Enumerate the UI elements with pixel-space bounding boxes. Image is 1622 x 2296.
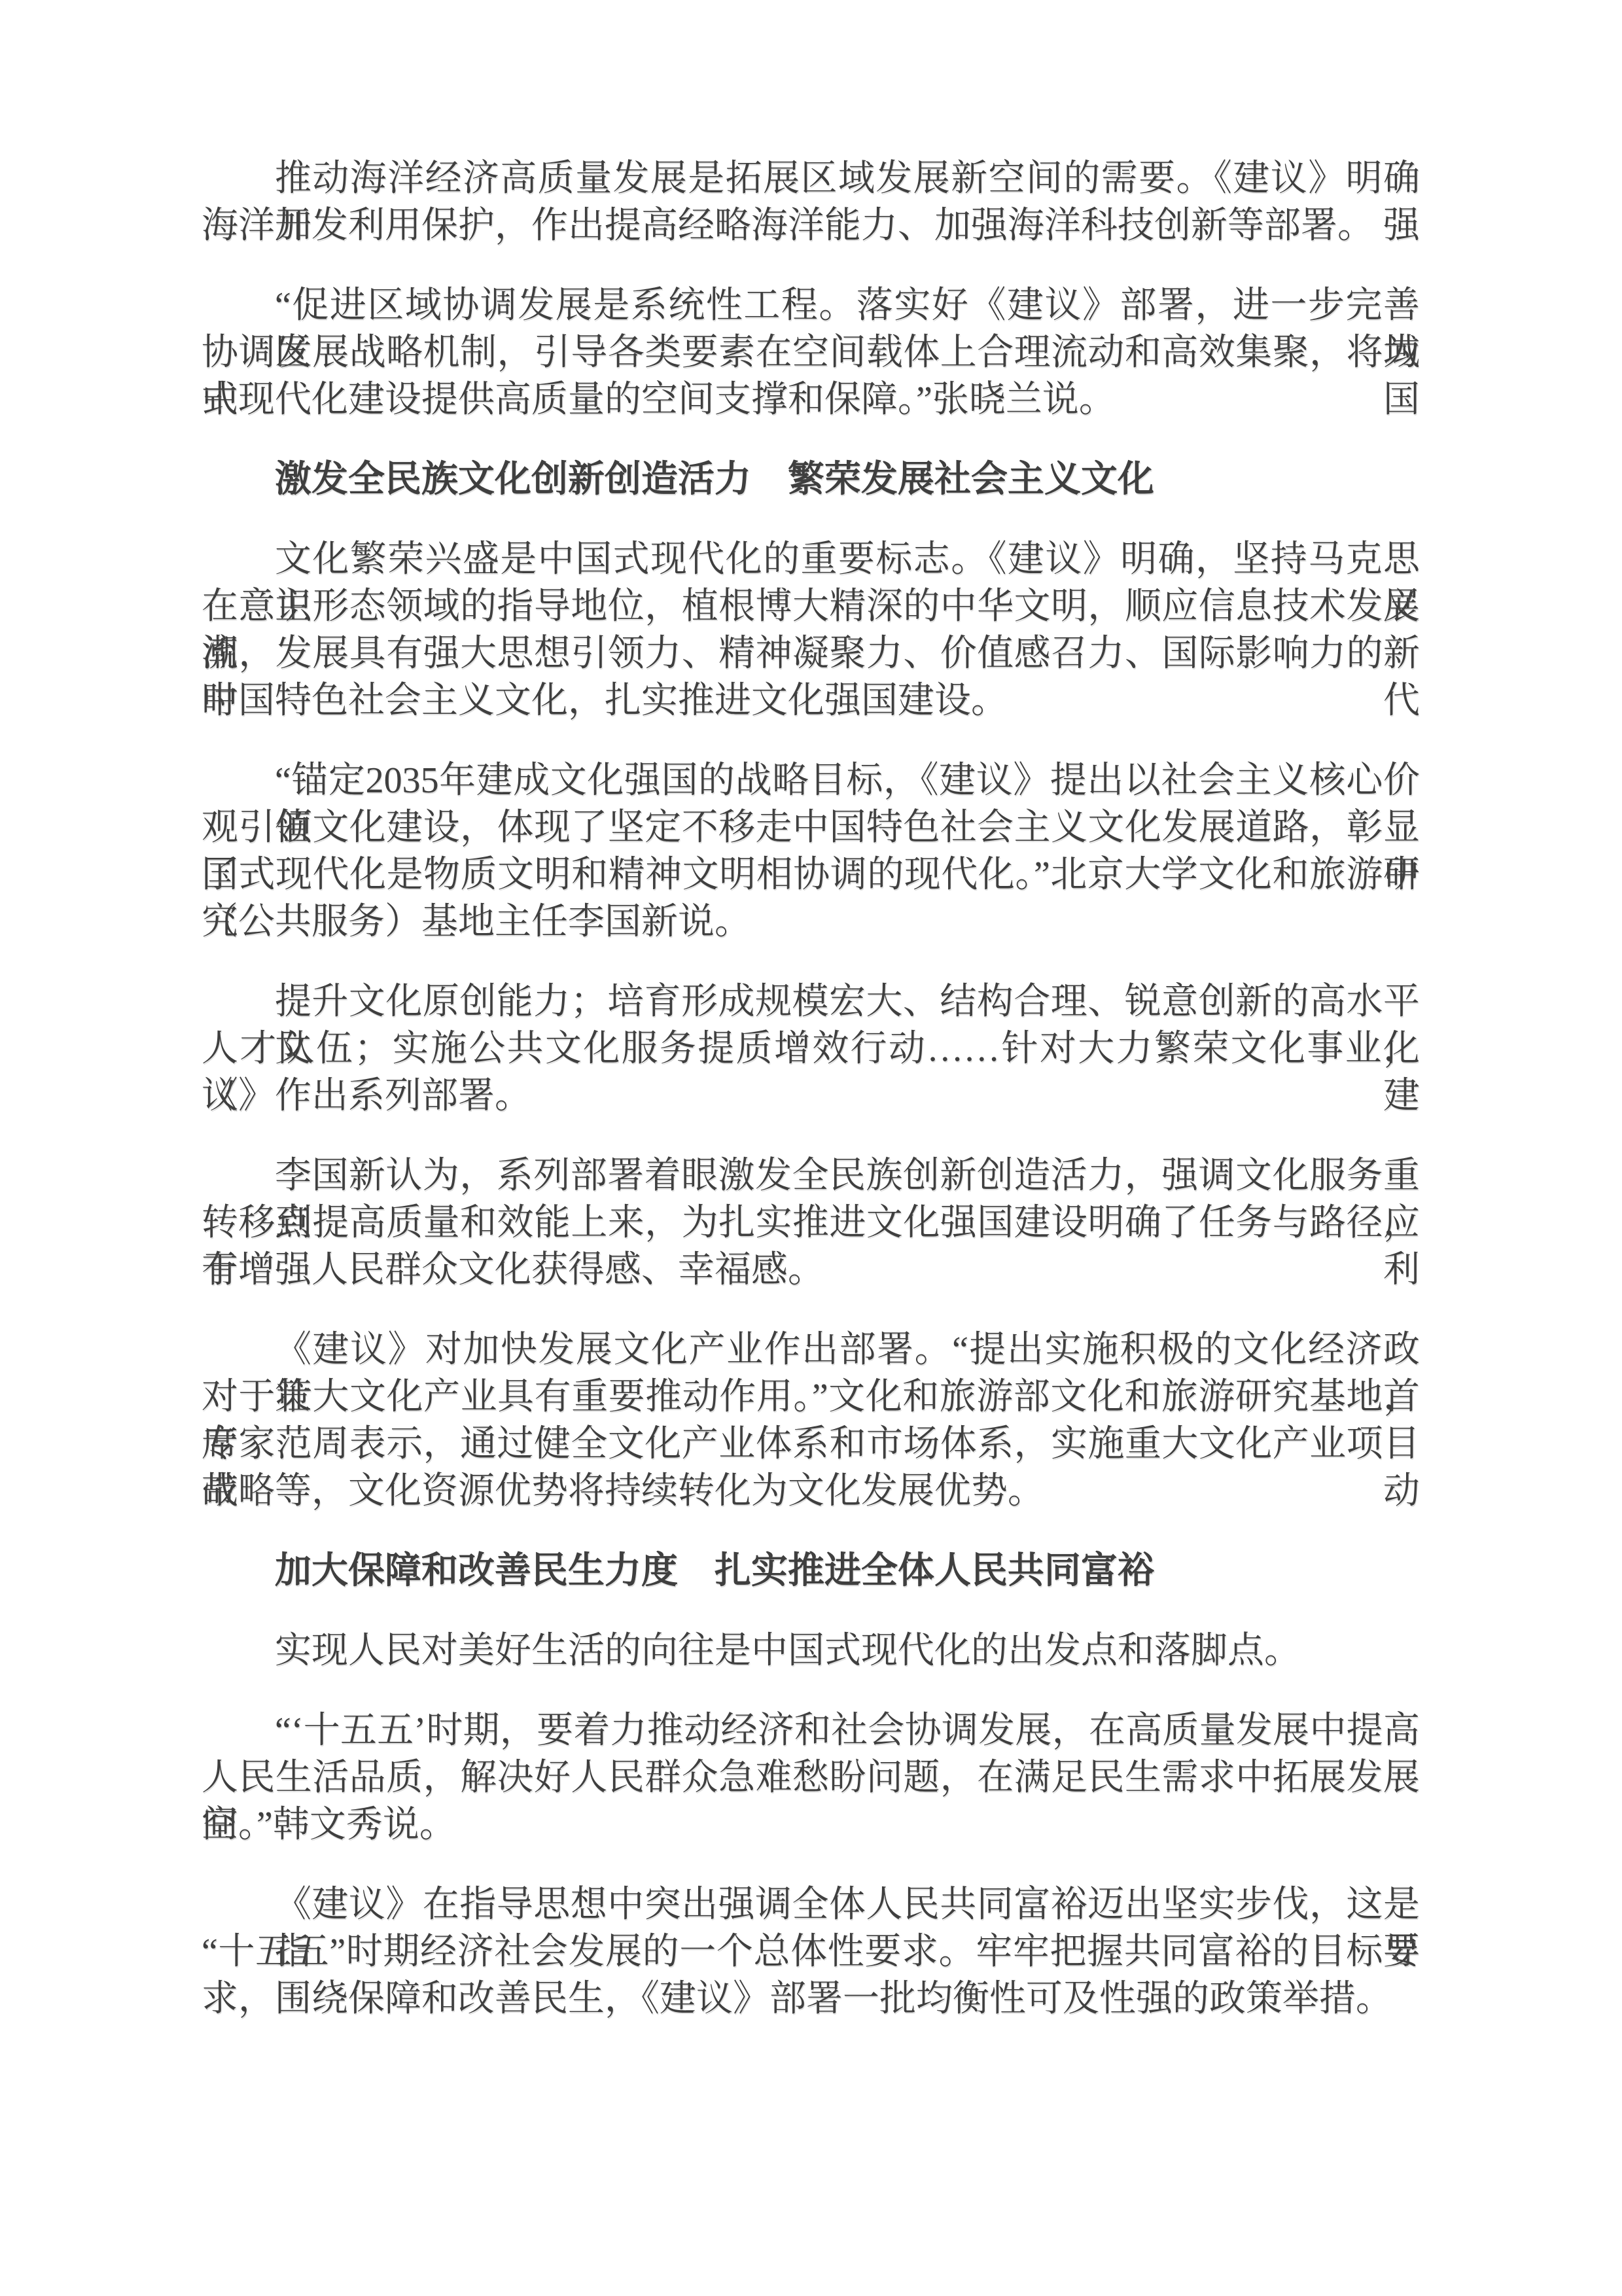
heading-line: 激发全民族文化创新创造活力 繁荣发展社会主义文化 xyxy=(202,456,1420,503)
paragraph-line: 李国新认为，系列部署着眼激发全民族创新创造活力，强调文化服务重点应 xyxy=(202,1152,1420,1199)
paragraph: 提升文化原创能力；培育形成规模宏大、结构合理、锐意创新的高水平文化人才队伍；实施… xyxy=(202,978,1420,1120)
heading-line: 加大保障和改善民生力度 扎实推进全体人民共同富裕 xyxy=(202,1547,1420,1595)
paragraph-line: 《建议》在指导思想中突出强调全体人民共同富裕迈出坚实步伐，这是指导 xyxy=(202,1881,1420,1928)
paragraph-line: 观引领文化建设，体现了坚定不移走中国特色社会主义文化发展道路，彰显了中 xyxy=(202,804,1420,851)
paragraph: 李国新认为，系列部署着眼激发全民族创新创造活力，强调文化服务重点应转移到提高质量… xyxy=(202,1152,1420,1294)
paragraph-line: 海洋开发利用保护，作出提高经略海洋能力、加强海洋科技创新等部署。 xyxy=(202,202,1420,249)
paragraph-line: 国式现代化是物质文明和精神文明相协调的现代化。”北京大学文化和旅游研究 xyxy=(202,851,1420,898)
paragraph-line: “锚定2035年建成文化强国的战略目标，《建议》提出以社会主义核心价值 xyxy=(202,757,1420,804)
paragraph-line: 提升文化原创能力；培育形成规模宏大、结构合理、锐意创新的高水平文化 xyxy=(202,978,1420,1025)
paragraph-line: 《建议》对加快发展文化产业作出部署。“提出实施积极的文化经济政策， xyxy=(202,1326,1420,1373)
section-heading: 加大保障和改善民生力度 扎实推进全体人民共同富裕 xyxy=(202,1547,1420,1595)
document-page: 推动海洋经济高质量发展是拓展区域发展新空间的需要。《建议》明确加强海洋开发利用保… xyxy=(0,0,1622,2296)
paragraph-line: 对于壮大文化产业具有重要推动作用。”文化和旅游部文化和旅游研究基地首席 xyxy=(202,1373,1420,1421)
paragraph-line: 间。”韩文秀说。 xyxy=(202,1801,1420,1848)
paragraph-line: “‘十五五’时期，要着力推动经济和社会协调发展，在高质量发展中提高 xyxy=(202,1707,1420,1754)
paragraph-line: “十五五”时期经济社会发展的一个总体性要求。牢牢把握共同富裕的目标要 xyxy=(202,1928,1420,1975)
paragraph: 文化繁荣兴盛是中国式现代化的重要标志。《建议》明确，坚持马克思主义在意识形态领域… xyxy=(202,536,1420,724)
paragraph-line: 专家范周表示，通过健全文化产业体系和市场体系，实施重大文化产业项目带动 xyxy=(202,1421,1420,1468)
paragraph-line: 在意识形态领域的指导地位，植根博大精深的中华文明，顺应信息技术发展潮 xyxy=(202,583,1420,630)
paragraph-line: 协调发展战略机制，引导各类要素在空间载体上合理流动和高效集聚，将为中国 xyxy=(202,329,1420,376)
paragraph-line: 实现人民对美好生活的向往是中国式现代化的出发点和落脚点。 xyxy=(202,1627,1420,1674)
paragraph-line: 推动海洋经济高质量发展是拓展区域发展新空间的需要。《建议》明确加强 xyxy=(202,155,1420,202)
paragraph: “‘十五五’时期，要着力推动经济和社会协调发展，在高质量发展中提高人民生活品质，… xyxy=(202,1707,1420,1848)
paragraph-line: 流，发展具有强大思想引领力、精神凝聚力、价值感召力、国际影响力的新时代 xyxy=(202,630,1420,677)
paragraph-line: 人才队伍；实施公共文化服务提质增效行动……针对大力繁荣文化事业，《建 xyxy=(202,1025,1420,1072)
paragraph: “锚定2035年建成文化强国的战略目标，《建议》提出以社会主义核心价值观引领文化… xyxy=(202,757,1420,945)
paragraph: 实现人民对美好生活的向往是中国式现代化的出发点和落脚点。 xyxy=(202,1627,1420,1674)
paragraph: 《建议》对加快发展文化产业作出部署。“提出实施积极的文化经济政策，对于壮大文化产… xyxy=(202,1326,1420,1515)
paragraph-line: 人民生活品质，解决好人民群众急难愁盼问题，在满足民生需求中拓展发展空 xyxy=(202,1754,1420,1801)
paragraph-line: （公共服务）基地主任李国新说。 xyxy=(202,898,1420,945)
paragraph: “促进区域协调发展是系统性工程。落实好《建议》部署，进一步完善区域协调发展战略机… xyxy=(202,282,1420,423)
paragraph-line: 文化繁荣兴盛是中国式现代化的重要标志。《建议》明确，坚持马克思主义 xyxy=(202,536,1420,583)
paragraph-line: 求，围绕保障和改善民生，《建议》部署一批均衡性可及性强的政策举措。 xyxy=(202,1975,1420,2022)
document-body: 推动海洋经济高质量发展是拓展区域发展新空间的需要。《建议》明确加强海洋开发利用保… xyxy=(202,155,1420,2022)
paragraph: 推动海洋经济高质量发展是拓展区域发展新空间的需要。《建议》明确加强海洋开发利用保… xyxy=(202,155,1420,249)
paragraph: 《建议》在指导思想中突出强调全体人民共同富裕迈出坚实步伐，这是指导“十五五”时期… xyxy=(202,1881,1420,2022)
paragraph-line: 转移到提高质量和效能上来，为扎实推进文化强国建设明确了任务与路径，有利 xyxy=(202,1199,1420,1246)
section-heading: 激发全民族文化创新创造活力 繁荣发展社会主义文化 xyxy=(202,456,1420,503)
paragraph-line: “促进区域协调发展是系统性工程。落实好《建议》部署，进一步完善区域 xyxy=(202,282,1420,329)
